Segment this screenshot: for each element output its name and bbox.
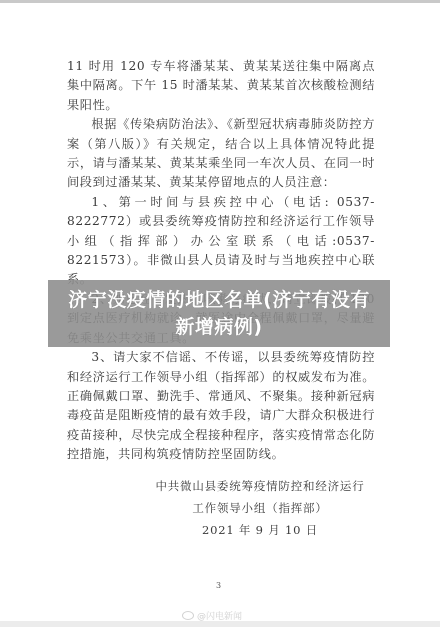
document-body: 11 时用 120 专车将潘某某、黄某某送往集中隔离点集中隔离。下午 15 时潘… <box>67 57 375 465</box>
paragraph-3: 1、第一时间与县疾控中心（电话: 0537-8222772）或县委统筹疫情防控和… <box>67 193 375 290</box>
paragraph-2: 根据《传染病防治法》、《新型冠状病毒肺炎防控方案（第八版）》有关规定，结合以上具… <box>67 115 375 193</box>
banner-title: 济宁没疫情的地区名单(济宁有没有新增病例) <box>64 287 374 341</box>
top-border <box>0 0 440 3</box>
page-number: 3 <box>216 581 221 590</box>
bottom-border <box>0 621 440 627</box>
page: 11 时用 120 专车将潘某某、黄某某送往集中隔离点集中隔离。下午 15 时潘… <box>0 0 440 627</box>
weibo-icon <box>182 611 194 620</box>
title-banner: 济宁没疫情的地区名单(济宁有没有新增病例) <box>48 280 390 347</box>
signature-line-1: 中共微山县委统筹疫情防控和经济运行 <box>150 475 370 497</box>
signature-date: 2021 年 9 月 10 日 <box>150 519 370 541</box>
paragraph-1: 11 时用 120 专车将潘某某、黄某某送往集中隔离点集中隔离。下午 15 时潘… <box>67 57 375 115</box>
signature-line-2: 工作领导小组（指挥部） <box>150 497 370 519</box>
paragraph-5: 3、请大家不信谣、不传谣，以县委统筹疫情防控和经济运行工作领导小组（指挥部）的权… <box>67 348 375 464</box>
signature-block: 中共微山县委统筹疫情防控和经济运行 工作领导小组（指挥部） 2021 年 9 月… <box>150 475 370 541</box>
